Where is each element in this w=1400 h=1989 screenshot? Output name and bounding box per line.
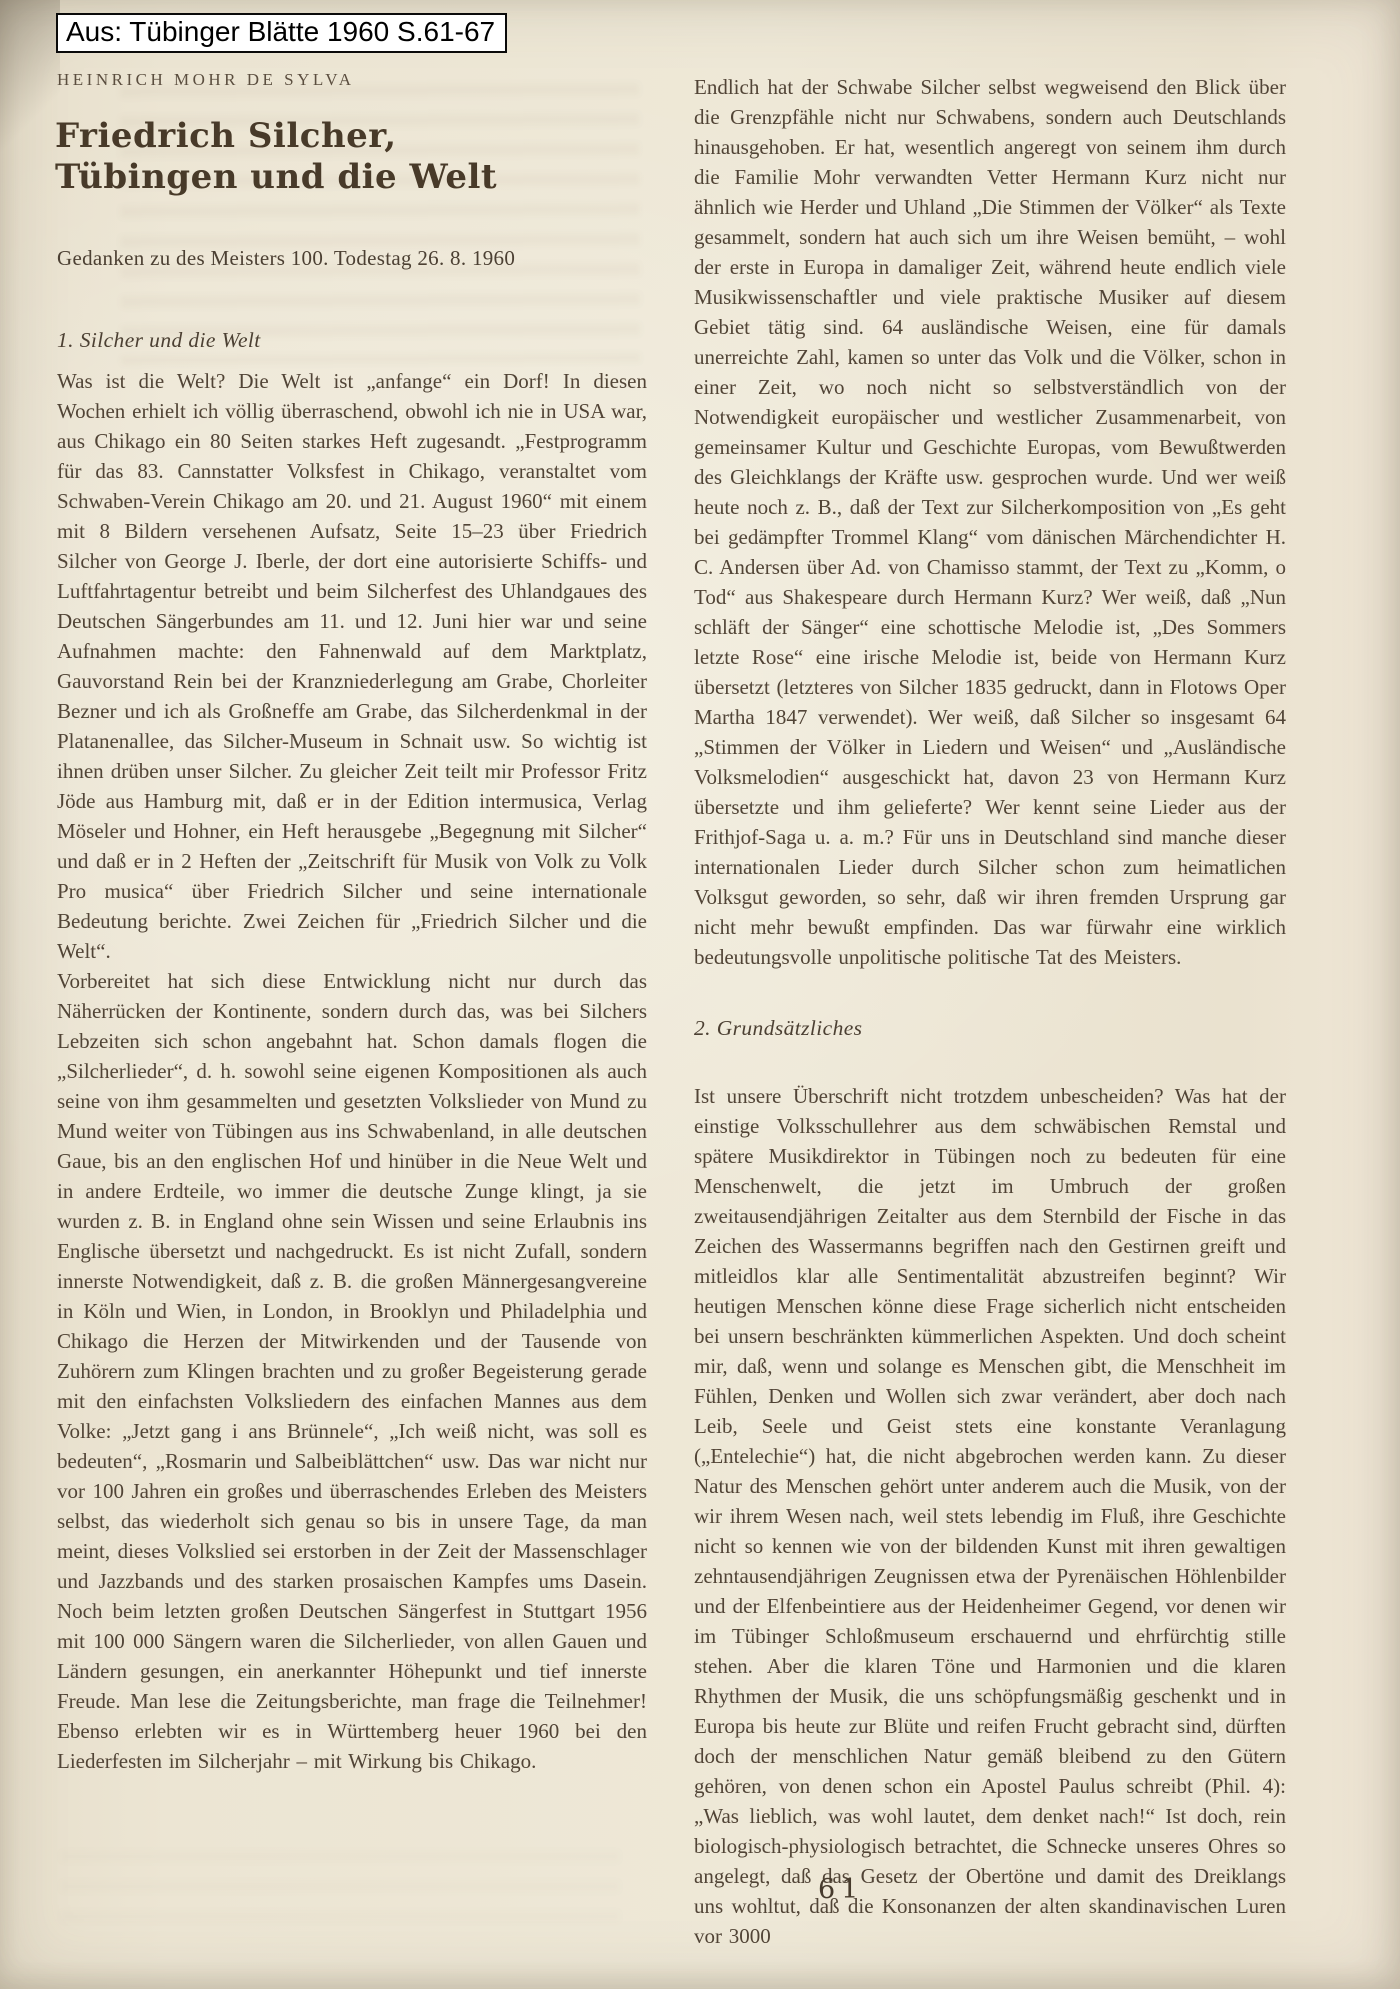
author-name: HEINRICH MOHR DE SYLVA xyxy=(57,70,355,90)
article-title-line-2: Tübingen und die Welt xyxy=(55,157,497,198)
scan-corner-shadow xyxy=(0,0,60,160)
paragraph: Endlich hat der Schwabe Silcher selbst w… xyxy=(694,72,1286,972)
scanned-document-page: { "scan_label": "Aus: Tübinger Blätte 19… xyxy=(0,0,1400,1989)
article-title: Friedrich Silcher, Tübingen und die Welt xyxy=(55,116,497,198)
section-1-heading: 1. Silcher und die Welt xyxy=(57,328,261,353)
scan-source-label: Aus: Tübinger Blätte 1960 S.61-67 xyxy=(56,13,507,53)
right-column: Endlich hat der Schwabe Silcher selbst w… xyxy=(694,72,1286,1951)
paragraph: Was ist die Welt? Die Welt ist „anfange“… xyxy=(57,366,647,966)
section-2-heading: 2. Grundsätzliches xyxy=(694,1016,1286,1041)
page-scan: Aus: Tübinger Blätte 1960 S.61-67 HEINRI… xyxy=(0,0,1400,1989)
article-subtitle: Gedanken zu des Meisters 100. Todestag 2… xyxy=(57,246,515,271)
paragraph: Ist unsere Überschrift nicht trotzdem un… xyxy=(694,1081,1286,1951)
reverse-page-bleedthrough xyxy=(60,1850,620,1940)
page-number: 61 xyxy=(818,1874,864,1905)
paragraph: Vorbereitet hat sich diese Entwicklung n… xyxy=(57,966,647,1776)
left-column: Was ist die Welt? Die Welt ist „anfange“… xyxy=(57,366,647,1776)
article-title-line-1: Friedrich Silcher, xyxy=(55,116,497,157)
